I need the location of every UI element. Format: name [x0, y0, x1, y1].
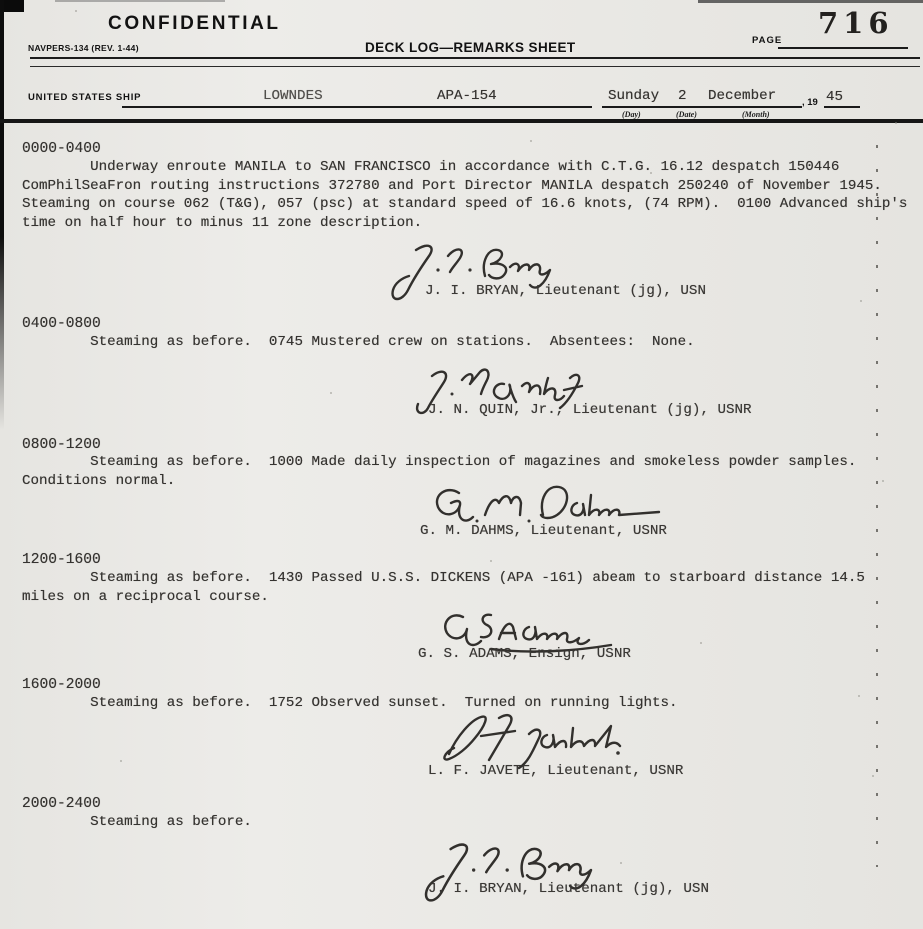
signature-script-javete [435, 708, 625, 770]
page-label: PAGE [752, 35, 782, 46]
paper-speck [899, 205, 901, 207]
ship-name: LOWNDES [263, 87, 323, 106]
entry-time: 0800-1200 [22, 436, 101, 455]
classification-stamp: CONFIDENTIAL [108, 13, 281, 35]
entry-signature-typed: J. N. QUIN, Jr., Lieutenant (jg), USNR [428, 401, 752, 420]
entry-text: Underway enroute MANILA to SAN FRANCISCO… [22, 158, 907, 232]
entry-time: 1600-2000 [22, 676, 101, 695]
paper-speck [858, 695, 860, 697]
page-number: 716 [818, 6, 894, 40]
ship-label: UNITED STATES SHIP [28, 92, 141, 103]
scan-left-edge [0, 0, 4, 430]
scan-top-edge-left [55, 0, 225, 2]
hull-number: APA-154 [437, 87, 497, 106]
entry-signature-typed: J. I. BRYAN, Lieutenant (jg), USN [425, 282, 706, 301]
year-underline [824, 106, 860, 108]
paper-speck [860, 300, 862, 302]
paper-speck [120, 760, 122, 762]
paper-speck [75, 10, 77, 12]
header-double-rule [30, 57, 920, 67]
deck-log-page: { "header": { "classification": "CONFIDE… [0, 0, 923, 929]
header-bottom-rule [0, 119, 923, 123]
page-number-underline [778, 47, 908, 49]
ship-underline [122, 106, 592, 108]
perforation-dots [876, 145, 878, 867]
paper-speck [330, 392, 332, 394]
log-date: 2 [678, 87, 687, 106]
day-label: (Day) [622, 110, 641, 119]
entry-text: Steaming as before. 1430 Passed U.S.S. D… [22, 569, 865, 606]
entry-time: 0400-0800 [22, 315, 101, 334]
paper-speck [530, 140, 532, 142]
paper-speck [650, 172, 652, 174]
date-label: (Date) [676, 110, 697, 119]
entry-time: 0000-0400 [22, 140, 101, 159]
paper-speck [882, 480, 884, 482]
form-number: NAVPERS-134 (REV. 1-44) [28, 43, 139, 53]
date-underline [602, 106, 802, 108]
entry-signature-typed: J. I. BRYAN, Lieutenant (jg), USN [428, 880, 709, 899]
year-printed: , 19 [802, 97, 818, 108]
entry-text: Steaming as before. 0745 Mustered crew o… [22, 333, 695, 352]
paper-speck [872, 775, 874, 777]
entry-text: Steaming as before. [22, 813, 252, 832]
month-label: (Month) [742, 110, 770, 119]
entry-signature-typed: L. F. JAVETE, Lieutenant, USNR [428, 762, 683, 781]
entry-signature-typed: G. S. ADAMS, Ensign, USNR [418, 645, 631, 664]
entry-signature-typed: G. M. DAHMS, Lieutenant, USNR [420, 522, 667, 541]
log-month: December [708, 87, 776, 106]
paper-speck [620, 862, 622, 864]
entry-time: 2000-2400 [22, 795, 101, 814]
paper-speck [700, 642, 702, 644]
paper-speck [895, 122, 897, 124]
log-day: Sunday [608, 87, 659, 106]
entry-time: 1200-1600 [22, 551, 101, 570]
form-title: DECK LOG—REMARKS SHEET [365, 40, 576, 55]
paper-speck [490, 560, 492, 562]
year-typed: 45 [826, 88, 843, 107]
scan-top-edge-right [698, 0, 923, 3]
